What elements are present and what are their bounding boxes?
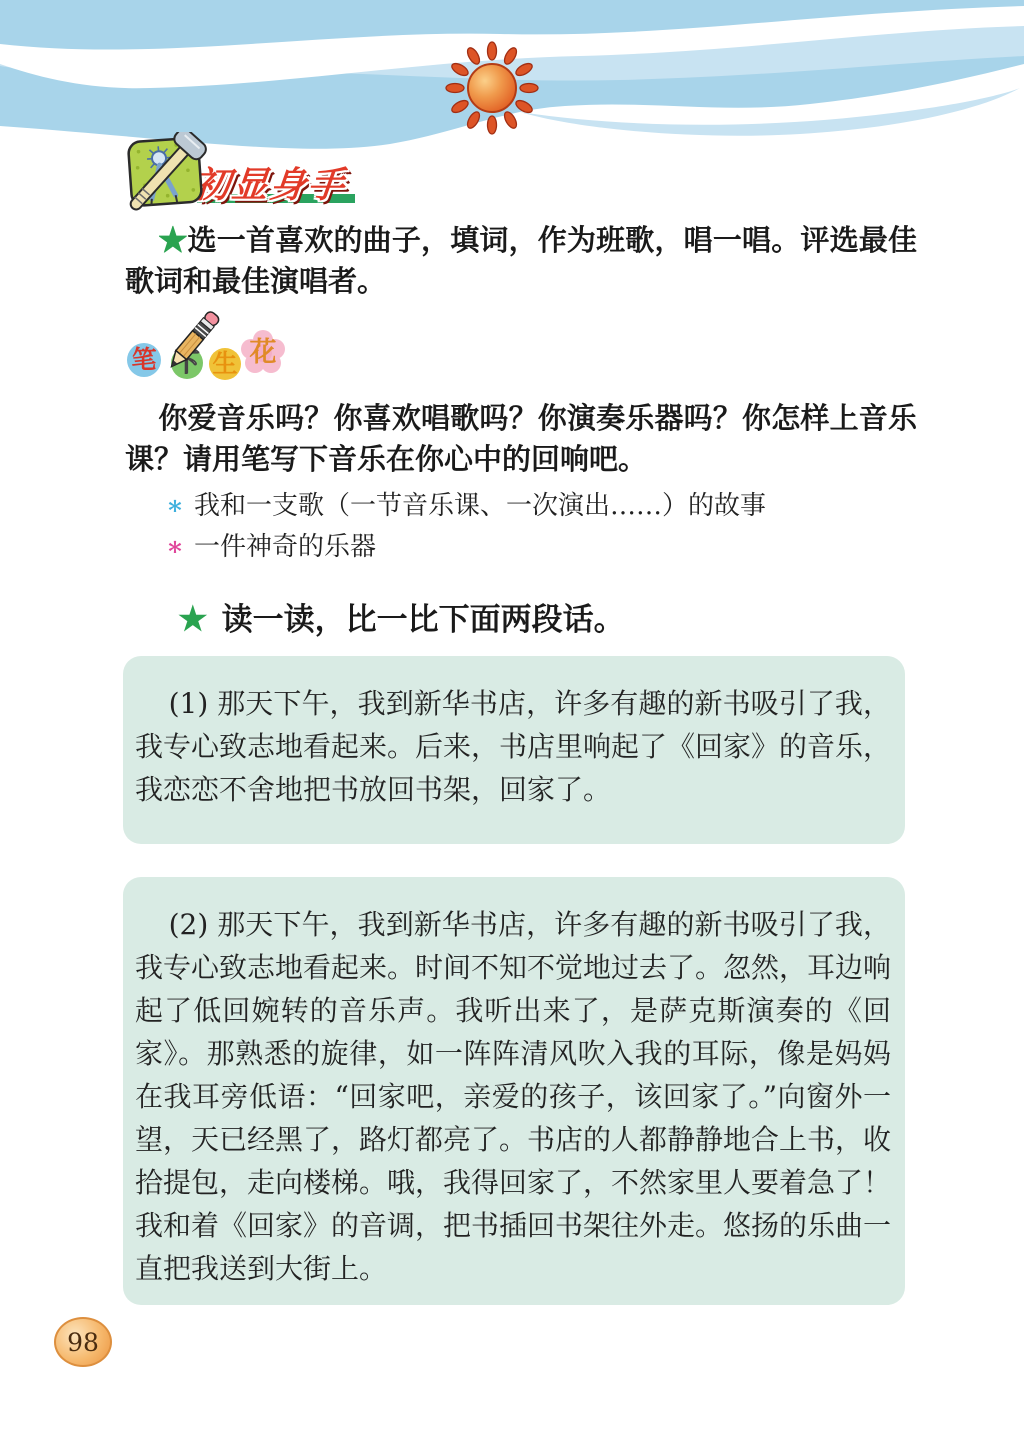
star-bullet-icon: ★: [158, 225, 187, 257]
topic-item-2: ∗一件神奇的乐器: [166, 527, 766, 568]
title-char-4: 花: [250, 337, 277, 368]
passage-1-text: (1) 那天下午，我到新华书店，许多有趣的新书吸引了我，我专心致志地看起来。后来…: [135, 682, 891, 811]
topic-text-2: 一件神奇的乐器: [194, 532, 376, 562]
star-bullet-icon: ★: [178, 600, 208, 637]
activity-prompt-text: 选一首喜欢的曲子，填词，作为班歌，唱一唱。评选最佳歌词和最佳演唱者。: [125, 225, 917, 298]
passage-2-text: (2) 那天下午，我到新华书店，许多有趣的新书吸引了我，我专心致志地看起来。时间…: [135, 903, 891, 1290]
asterisk-bullet-icon: ∗: [166, 532, 184, 562]
passage-box-2: (2) 那天下午，我到新华书店，许多有趣的新书吸引了我，我专心致志地看起来。时间…: [123, 877, 905, 1305]
writing-section-title: 笔 下 生 花: [126, 306, 331, 404]
passage-box-1: (1) 那天下午，我到新华书店，许多有趣的新书吸引了我，我专心致志地看起来。后来…: [123, 656, 905, 844]
compass-and-hammer-icon: [118, 132, 218, 224]
page-number: 98: [67, 1328, 99, 1357]
writing-intro: 你爱音乐吗？你喜欢唱歌吗？你演奏乐器吗？你怎样上音乐课？请用笔写下音乐在你心中的…: [125, 399, 917, 481]
asterisk-bullet-icon: ∗: [166, 491, 184, 521]
compare-prompt-text: 读一读，比一比下面两段话。: [222, 602, 625, 637]
topic-list: ∗我和一支歌（一节音乐课、一次演出……）的故事 ∗一件神奇的乐器: [166, 486, 766, 568]
page-number-badge: 98: [54, 1317, 112, 1367]
textbook-page: 初显身手 ★选一首喜欢的曲子，填词，作为班歌，唱一唱。评选最佳歌词和最佳演唱者。…: [0, 0, 1024, 1439]
writing-intro-text: 你爱音乐吗？你喜欢唱歌吗？你演奏乐器吗？你怎样上音乐课？请用笔写下音乐在你心中的…: [125, 403, 917, 476]
title-char-3: 生: [212, 349, 237, 378]
activity-prompt: ★选一首喜欢的曲子，填词，作为班歌，唱一唱。评选最佳歌词和最佳演唱者。: [125, 221, 917, 303]
title-char-1: 笔: [131, 345, 156, 374]
compare-prompt: ★读一读，比一比下面两段话。: [178, 594, 625, 639]
topic-item-1: ∗我和一支歌（一节音乐课、一次演出……）的故事: [166, 486, 766, 527]
topic-text-1: 我和一支歌（一节音乐课、一次演出……）的故事: [194, 491, 766, 521]
